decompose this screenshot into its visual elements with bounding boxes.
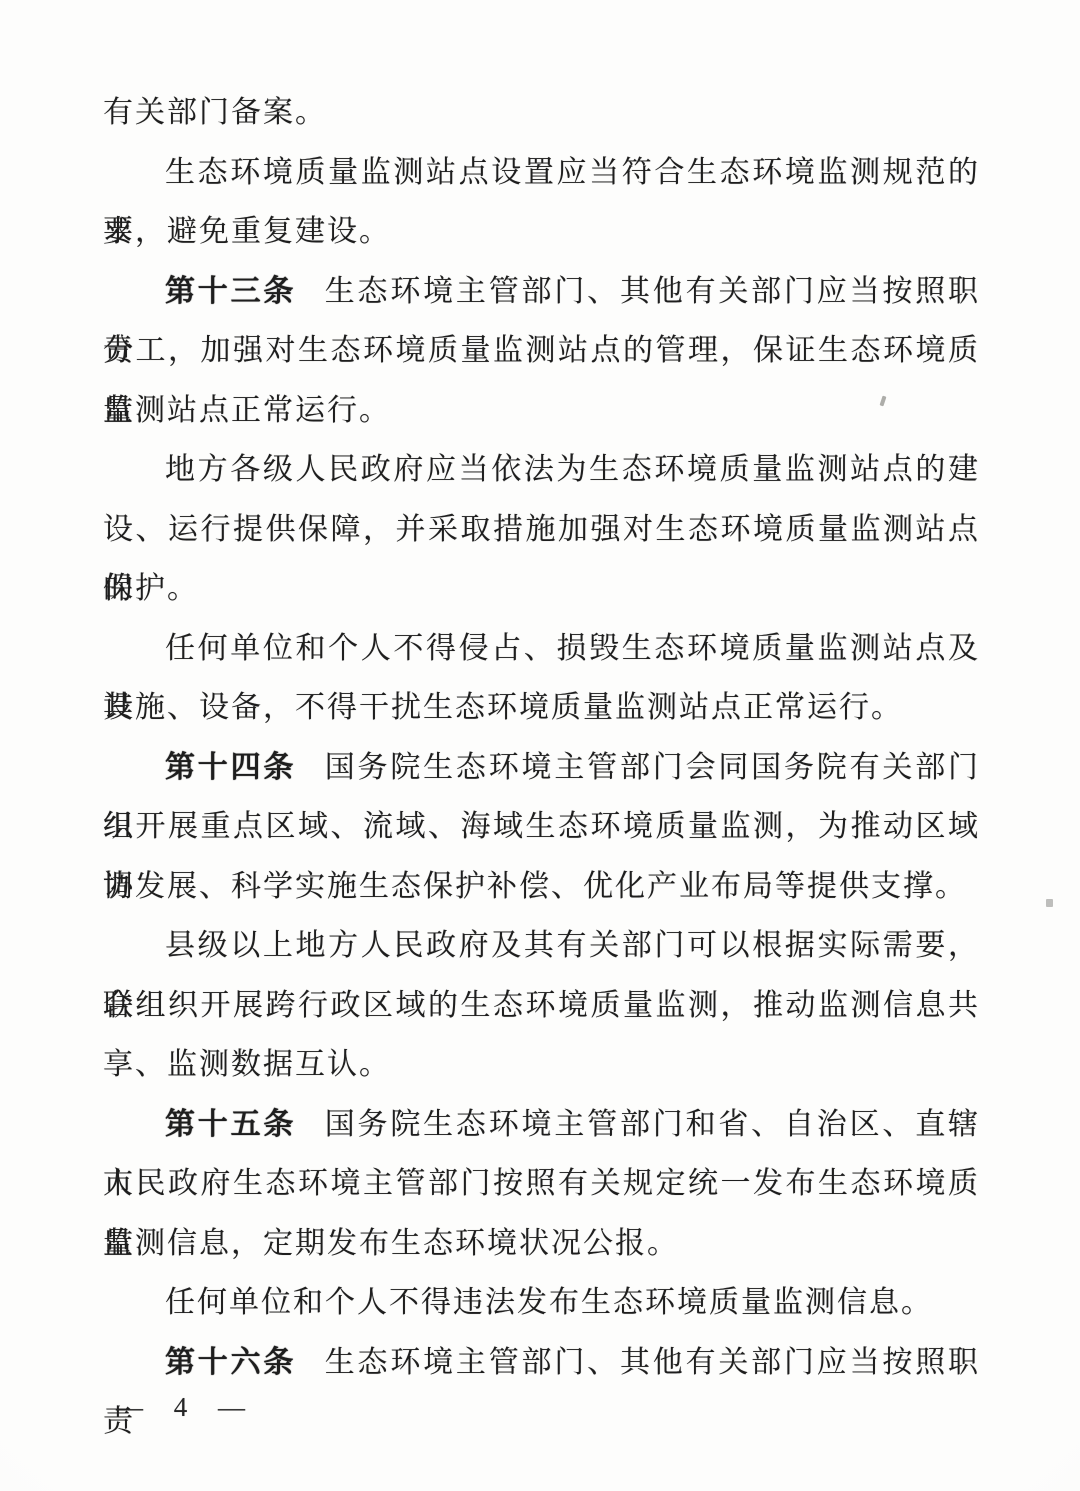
page-number: — 4 —: [116, 1392, 249, 1423]
text-line: 设施、设备，不得干扰生态环境质量监测站点正常运行。: [103, 678, 980, 738]
text-line: 保护。: [103, 559, 980, 619]
text-block: 有关部门备案。生态环境质量监测站点设置应当符合生态环境监测规范的要求，避免重复建…: [103, 83, 980, 1392]
text-segment: 享、监测数据互认。: [103, 1048, 391, 1081]
article-number: 第十四条: [165, 751, 296, 784]
text-line: 任何单位和个人不得违法发布生态环境质量监测信息。: [103, 1273, 980, 1333]
text-line: 有关部门备案。: [103, 83, 980, 143]
text-line: 第十六条生态环境主管部门、其他有关部门应当按照职责: [103, 1333, 980, 1393]
text-line: 县级以上地方人民政府及其有关部门可以根据实际需要，联: [103, 916, 980, 976]
text-segment: 调发展、科学实施生态保护补偿、优化产业布局等提供支撑。: [103, 870, 967, 903]
text-segment: 任何单位和个人不得违法发布生态环境质量监测信息。: [165, 1286, 933, 1319]
text-line: 享、监测数据互认。: [103, 1035, 980, 1095]
text-line: 设、运行提供保障，并采取措施加强对生态环境质量监测站点的: [103, 500, 980, 560]
text-line: 监测信息，定期发布生态环境状况公报。: [103, 1214, 980, 1274]
text-line: 第十五条国务院生态环境主管部门和省、自治区、直辖市: [103, 1095, 980, 1155]
text-segment: 地方各级人民政府应当依法为生态环境质量监测站点的建: [165, 453, 980, 486]
scan-artifact-speck: [1046, 899, 1053, 907]
text-segment: 设施、设备，不得干扰生态环境质量监测站点正常运行。: [103, 691, 903, 724]
article-number: 第十三条: [165, 275, 296, 308]
text-segment: 有关部门备案。: [103, 96, 327, 129]
text-line: 求，避免重复建设。: [103, 202, 980, 262]
text-segment: 保护。: [103, 572, 199, 605]
text-line: 监测站点正常运行。: [103, 381, 980, 441]
text-line: 生态环境质量监测站点设置应当符合生态环境监测规范的要: [103, 143, 980, 203]
article-number: 第十五条: [165, 1108, 296, 1141]
scanned-document-page: 有关部门备案。生态环境质量监测站点设置应当符合生态环境监测规范的要求，避免重复建…: [0, 0, 1080, 1491]
text-line: 调发展、科学实施生态保护补偿、优化产业布局等提供支撑。: [103, 857, 980, 917]
text-segment: 监测信息，定期发布生态环境状况公报。: [103, 1227, 679, 1260]
text-segment: 求，避免重复建设。: [103, 215, 391, 248]
text-line: 分工，加强对生态环境质量监测站点的管理，保证生态环境质量: [103, 321, 980, 381]
text-line: 合组织开展跨行政区域的生态环境质量监测，推动监测信息共: [103, 976, 980, 1036]
text-segment: 监测站点正常运行。: [103, 394, 391, 427]
text-line: 织开展重点区域、流域、海域生态环境质量监测，为推动区域协: [103, 797, 980, 857]
article-number: 第十六条: [165, 1346, 296, 1379]
text-line: 第十三条生态环境主管部门、其他有关部门应当按照职责: [103, 262, 980, 322]
text-line: 第十四条国务院生态环境主管部门会同国务院有关部门组: [103, 738, 980, 798]
text-line: 地方各级人民政府应当依法为生态环境质量监测站点的建: [103, 440, 980, 500]
text-segment: 合组织开展跨行政区域的生态环境质量监测，推动监测信息共: [103, 989, 980, 1022]
text-line: 任何单位和个人不得侵占、损毁生态环境质量监测站点及其: [103, 619, 980, 679]
text-line: 人民政府生态环境主管部门按照有关规定统一发布生态环境质量: [103, 1154, 980, 1214]
